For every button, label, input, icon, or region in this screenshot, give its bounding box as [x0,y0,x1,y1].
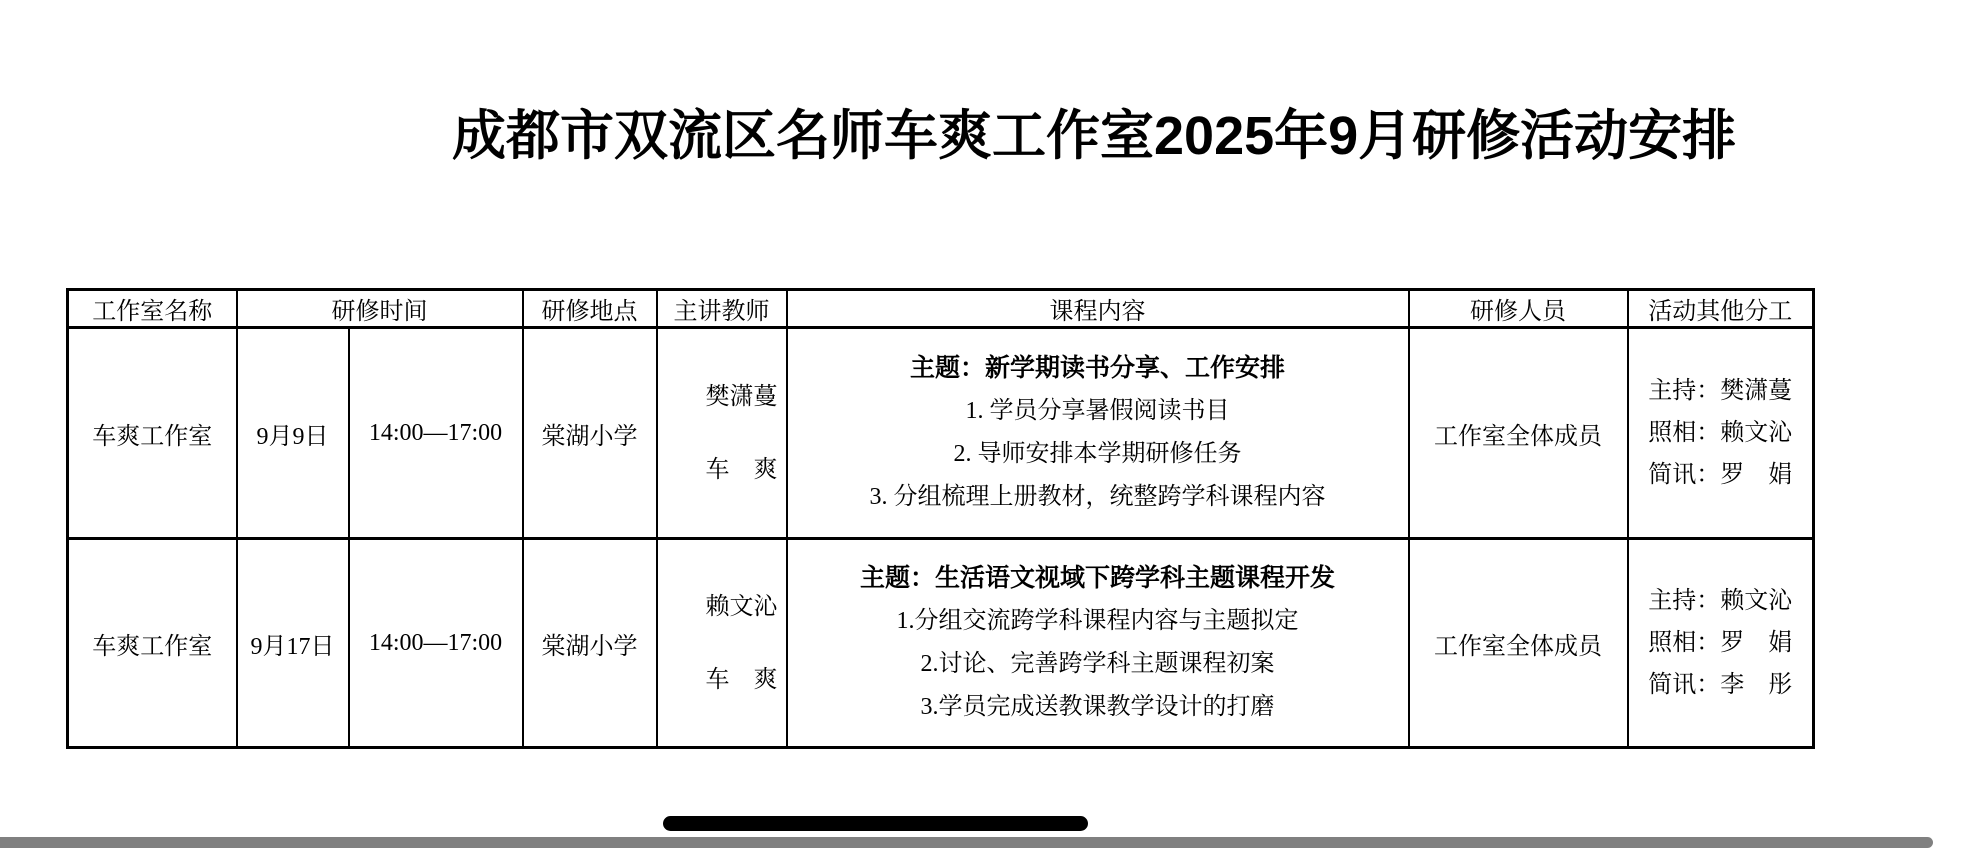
cell-lead-teachers: 樊潇蔓 车 爽 [657,328,787,539]
teacher-name: 车 爽 [706,457,778,483]
document-title: 成都市双流区名师车爽工作室2025年9月研修活动安排 [452,106,1736,166]
teacher-name: 车 爽 [706,667,778,693]
cell-workshop-name: 车爽工作室 [68,539,237,748]
duty-item: 简讯：罗 娟 [1629,454,1813,496]
duty-item: 照相：赖文沁 [1629,412,1813,454]
course-item: 3. 分组梳理上册教材，统整跨学科课程内容 [788,476,1408,519]
cell-lead-teachers: 赖文沁 车 爽 [657,539,787,748]
header-workshop-name: 工作室名称 [68,290,237,328]
cell-time: 14:00—17:00 [349,539,523,748]
document-page: 成都市双流区名师车爽工作室2025年9月研修活动安排 工作室名称 研修时间 研修… [0,0,1967,856]
cell-other-duties: 主持：樊潇蔓 照相：赖文沁 简讯：罗 娟 [1628,328,1814,539]
cell-location: 棠湖小学 [523,539,657,748]
cell-participants: 工作室全体成员 [1409,328,1628,539]
table-row: 车爽工作室 9月17日 14:00—17:00 棠湖小学 赖文沁 车 爽 主题：… [68,539,1814,748]
header-location: 研修地点 [523,290,657,328]
horizontal-scrollbar-thumb[interactable] [0,837,1933,848]
course-item: 1. 学员分享暑假阅读书目 [788,390,1408,433]
duty-item: 照相：罗 娟 [1629,622,1813,664]
course-item: 2. 导师安排本学期研修任务 [788,433,1408,476]
header-lead-teacher: 主讲教师 [657,290,787,328]
duty-item: 简讯：李 彤 [1629,664,1813,706]
scroll-indicator-bar[interactable] [663,816,1088,831]
table-row: 车爽工作室 9月9日 14:00—17:00 棠湖小学 樊潇蔓 车 爽 主题：新… [68,328,1814,539]
course-item: 1.分组交流跨学科课程内容与主题拟定 [788,600,1408,643]
teacher-name: 赖文沁 [706,594,778,620]
cell-course-content: 主题：生活语文视域下跨学科主题课程开发 1.分组交流跨学科课程内容与主题拟定 2… [787,539,1409,748]
cell-date: 9月9日 [237,328,349,539]
duty-item: 主持：樊潇蔓 [1629,370,1813,412]
course-theme: 主题：生活语文视域下跨学科主题课程开发 [788,557,1408,600]
cell-time: 14:00—17:00 [349,328,523,539]
header-other-duties: 活动其他分工 [1628,290,1814,328]
schedule-table: 工作室名称 研修时间 研修地点 主讲教师 课程内容 研修人员 活动其他分工 车爽… [66,288,1815,749]
table-header-row: 工作室名称 研修时间 研修地点 主讲教师 课程内容 研修人员 活动其他分工 [68,290,1814,328]
course-item: 2.讨论、完善跨学科主题课程初案 [788,643,1408,686]
course-item: 3.学员完成送教课教学设计的打磨 [788,686,1408,729]
cell-date: 9月17日 [237,539,349,748]
duty-item: 主持：赖文沁 [1629,580,1813,622]
header-session-time: 研修时间 [237,290,523,328]
header-participants: 研修人员 [1409,290,1628,328]
cell-participants: 工作室全体成员 [1409,539,1628,748]
teacher-name: 樊潇蔓 [706,384,778,410]
cell-location: 棠湖小学 [523,328,657,539]
cell-other-duties: 主持：赖文沁 照相：罗 娟 简讯：李 彤 [1628,539,1814,748]
course-theme: 主题：新学期读书分享、工作安排 [788,347,1408,390]
cell-course-content: 主题：新学期读书分享、工作安排 1. 学员分享暑假阅读书目 2. 导师安排本学期… [787,328,1409,539]
cell-workshop-name: 车爽工作室 [68,328,237,539]
header-course-content: 课程内容 [787,290,1409,328]
